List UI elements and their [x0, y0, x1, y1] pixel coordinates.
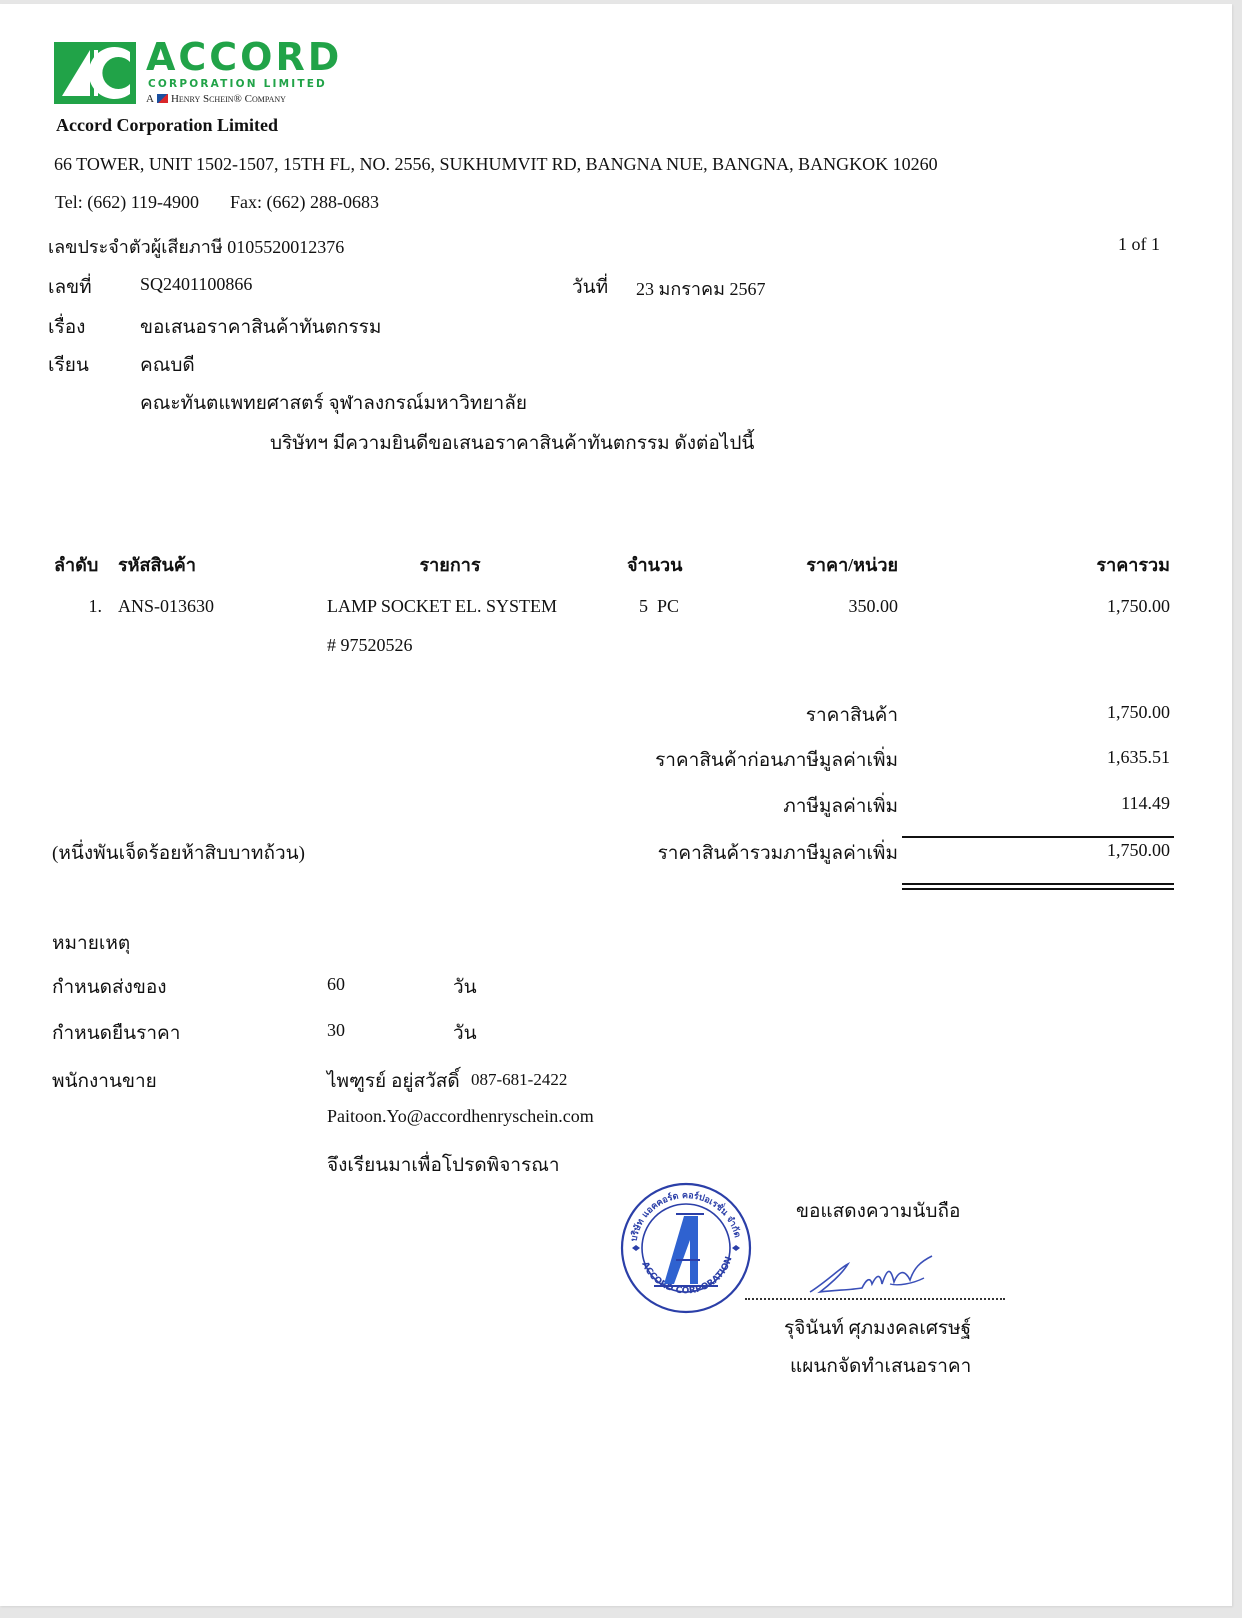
closing-text: จึงเรียนมาเพื่อโปรดพิจารณา — [327, 1150, 560, 1180]
company-stamp-icon: บริษัท แอคคอร์ด คอร์ปอเรชั่น จำกัด ACCOR… — [618, 1180, 754, 1316]
company-logo: ACCORD CORPORATION LIMITED AHenry Schein… — [54, 38, 334, 108]
vat-value: 114.49 — [1040, 793, 1170, 814]
logo-wordmark: ACCORD — [146, 38, 342, 76]
row-desc-2: # 97520526 — [327, 635, 413, 656]
row-total: 1,750.00 — [1040, 596, 1170, 617]
row-unit-price: 350.00 — [760, 596, 898, 617]
regards-text: ขอแสดงความนับถือ — [796, 1196, 960, 1226]
validity-label: กำหนดยืนราคา — [52, 1018, 180, 1048]
company-name: Accord Corporation Limited — [56, 115, 278, 136]
subject-label: เรื่อง — [48, 312, 85, 342]
intro-text: บริษัทฯ มีความยินดีขอเสนอราคาสินค้าทันตก… — [270, 428, 754, 458]
delivery-value: 60 — [327, 974, 345, 995]
col-header-total: ราคารวม — [1040, 550, 1170, 579]
subject: ขอเสนอราคาสินค้าทันตกรรม — [140, 312, 381, 342]
grand-total-double-rule-bottom — [902, 888, 1174, 890]
grand-total-double-rule-top — [902, 883, 1174, 885]
doc-no-label: เลขที่ — [48, 272, 92, 302]
recipient-org: คณะทันตแพทยศาสตร์ จุฬาลงกรณ์มหาวิทยาลัย — [140, 388, 527, 418]
row-desc: LAMP SOCKET EL. SYSTEM — [327, 596, 557, 617]
vat-label: ภาษีมูลค่าเพิ่ม — [600, 791, 898, 821]
grand-total-value: 1,750.00 — [1040, 840, 1170, 861]
sales-phone: 087-681-2422 — [471, 1070, 567, 1090]
row-code: ANS-013630 — [118, 596, 214, 617]
row-no: 1. — [60, 596, 102, 617]
tagline-prefix: A — [146, 93, 154, 105]
doc-no: SQ2401100866 — [140, 274, 252, 295]
col-header-no: ลำดับ — [54, 550, 98, 579]
logo-tagline: AHenry Schein® Company — [146, 93, 286, 105]
tagline-company: Henry Schein® Company — [171, 93, 286, 105]
delivery-unit: วัน — [453, 972, 477, 1002]
document-page: ACCORD CORPORATION LIMITED AHenry Schein… — [0, 4, 1232, 1606]
col-header-unit-price: ราคา/หน่วย — [760, 550, 898, 579]
pre-vat-label: ราคาสินค้าก่อนภาษีมูลค่าเพิ่ม — [600, 745, 898, 775]
validity-value: 30 — [327, 1020, 345, 1041]
logo-subtitle: CORPORATION LIMITED — [148, 78, 327, 90]
signatory-name: รุจินันท์ ศุภมงคลเศรษฐ์ — [784, 1313, 971, 1343]
subtotal-rule — [902, 836, 1174, 838]
henry-schein-flag-icon — [157, 94, 168, 103]
company-tax-id: เลขประจำตัวผู้เสียภาษี 0105520012376 — [48, 232, 344, 261]
delivery-label: กำหนดส่งของ — [52, 972, 167, 1002]
company-tel: Tel: (662) 119-4900 — [55, 192, 199, 213]
accord-logo-icon — [54, 42, 136, 104]
sales-name: ไพฑูรย์ อยู่สวัสดิ์ — [327, 1066, 460, 1096]
subtotal-label: ราคาสินค้า — [600, 700, 898, 730]
col-header-code: รหัสสินค้า — [118, 550, 196, 579]
date-label: วันที่ — [572, 272, 608, 302]
col-header-desc: รายการ — [380, 550, 520, 579]
validity-unit: วัน — [453, 1018, 477, 1048]
row-qty: 5 PC — [639, 596, 679, 617]
subtotal-value: 1,750.00 — [1040, 702, 1170, 723]
pre-vat-value: 1,635.51 — [1040, 747, 1170, 768]
company-address: 66 TOWER, UNIT 1502-1507, 15TH FL, NO. 2… — [54, 154, 938, 175]
col-header-qty: จำนวน — [627, 550, 682, 579]
recipient: คณบดี — [140, 350, 195, 380]
company-fax: Fax: (662) 288-0683 — [230, 192, 379, 213]
signatory-department: แผนกจัดทำเสนอราคา — [790, 1351, 971, 1381]
signature-icon — [806, 1254, 946, 1300]
doc-date: 23 มกราคม 2567 — [636, 274, 765, 303]
notes-title: หมายเหตุ — [52, 928, 130, 958]
sales-email[interactable]: Paitoon.Yo@accordhenryschein.com — [327, 1106, 594, 1127]
sales-label: พนักงานขาย — [52, 1066, 157, 1096]
recipient-label: เรียน — [48, 350, 89, 380]
grand-total-label: ราคาสินค้ารวมภาษีมูลค่าเพิ่ม — [600, 838, 898, 868]
signature-line — [745, 1298, 1005, 1300]
amount-in-words: (หนึ่งพันเจ็ดร้อยห้าสิบบาทถ้วน) — [52, 838, 305, 868]
page-number: 1 of 1 — [1060, 234, 1160, 255]
